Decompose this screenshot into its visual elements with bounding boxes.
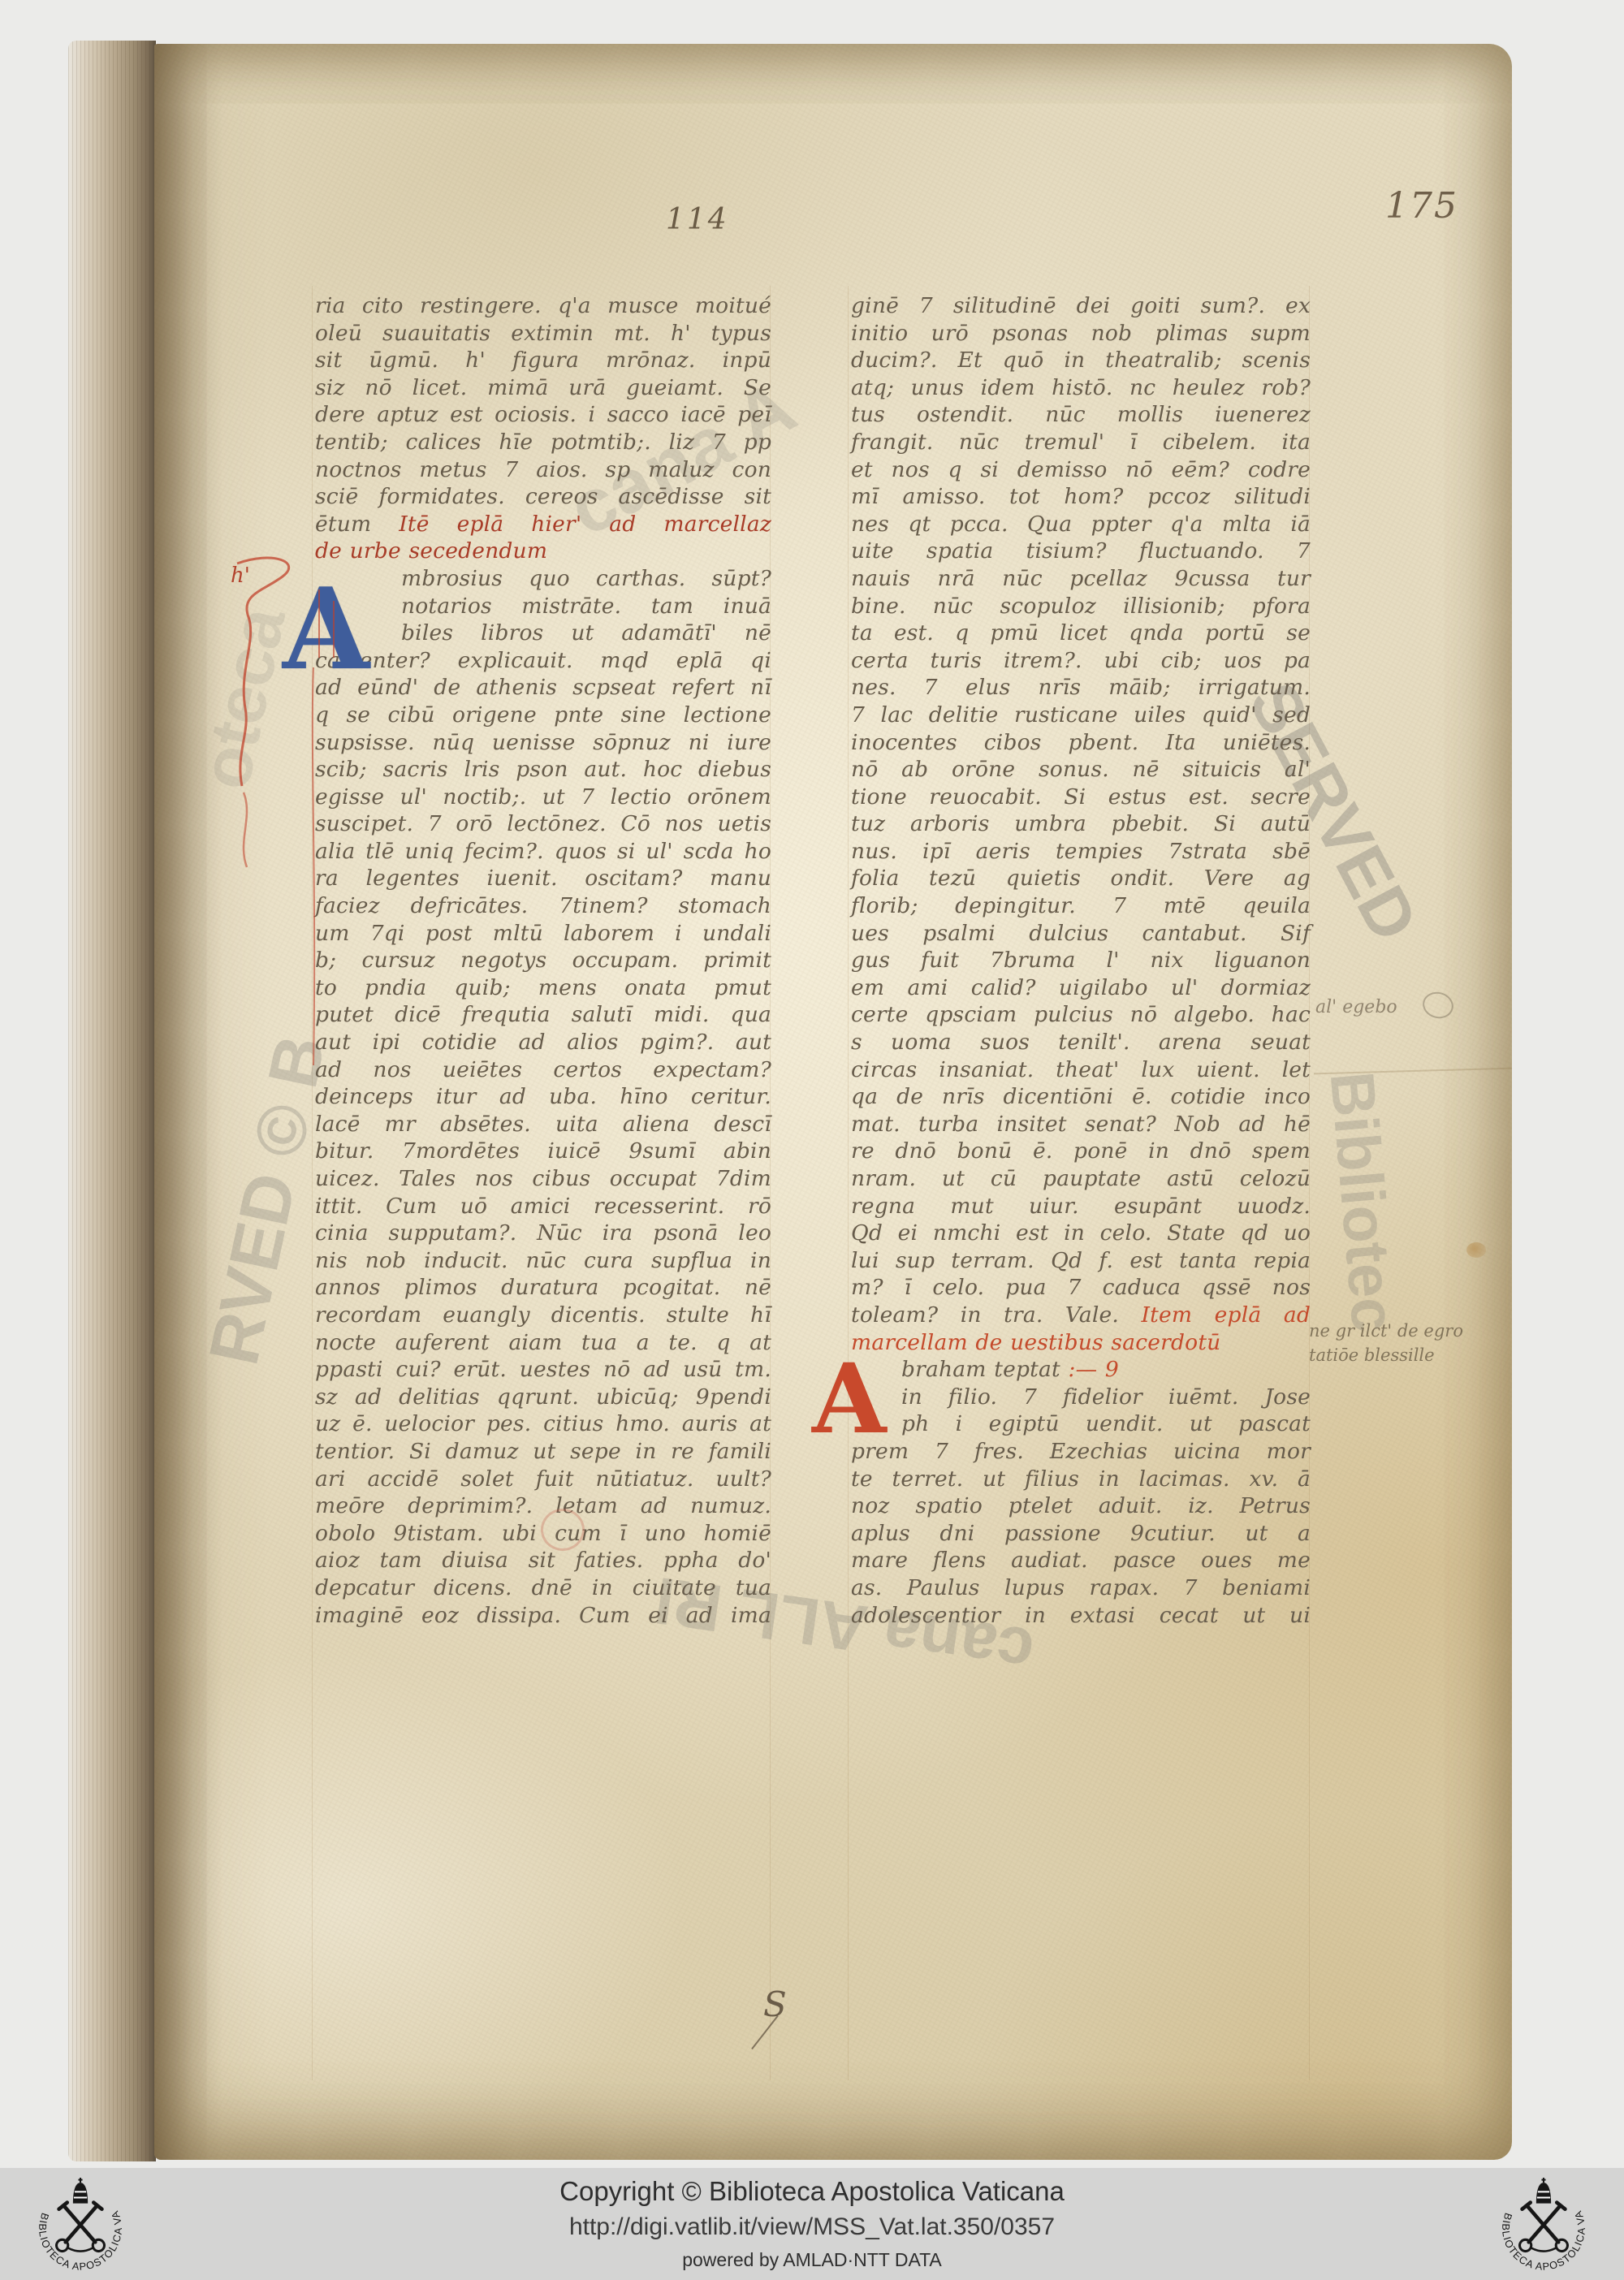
text-segment: ues psalmi dulcius cantabut. Sif bbox=[851, 921, 1311, 946]
text-segment: supsisse. nūq uenisse sōpnuz ni iure bbox=[315, 730, 771, 755]
text-segment: notarios mistrāte. tam inuā bbox=[401, 594, 771, 619]
red-penwork-flourish bbox=[224, 549, 330, 1085]
text-segment: m? ī celo. pua 7 caduca qssē nos bbox=[851, 1275, 1311, 1300]
text-line: bitur. 7mordētes iuicē 9sumī abin bbox=[315, 1138, 771, 1165]
text-line: tus ostendit. nūc mollis iuenerez bbox=[851, 401, 1311, 429]
text-segment: uicez. Tales nos cibus occupat 7dim bbox=[315, 1166, 771, 1191]
text-line: in filio. 7 fidelior iuēmt. Jose bbox=[851, 1384, 1311, 1411]
text-line: ppasti cui? erūt. uestes nō ad usū tm. bbox=[315, 1356, 771, 1384]
text-line: aplus dni passione 9cutiur. ut a bbox=[851, 1520, 1311, 1548]
text-segment: to pndia quib; mens onata pmut bbox=[315, 975, 771, 1000]
parchment-stain bbox=[1466, 1242, 1486, 1258]
text-line: ittit. Cum uō amici recesserint. rō bbox=[315, 1193, 771, 1220]
text-line: biles libros ut adamātī' nē bbox=[315, 620, 771, 647]
text-segment: Qd ei nmchi est in celo. State qd uo bbox=[851, 1220, 1311, 1246]
red-margin-letter: h' bbox=[231, 564, 250, 588]
text-line: egisse ul' noctib;. ut 7 lectio orōnem bbox=[315, 784, 771, 811]
text-line: alia tlē uniq fecim?. quos si ul' scda h… bbox=[315, 838, 771, 866]
margin-gloss-line: tatiōe blessille bbox=[1309, 1343, 1463, 1367]
margin-gloss-egrotatione: ne gr ilct' de egro tatiōe blessille bbox=[1309, 1319, 1463, 1367]
text-segment: braham teptat bbox=[901, 1357, 1068, 1382]
crossed-keys-icon bbox=[59, 2203, 102, 2243]
text-line: em ami calid? uigilabo ul' dormiaz bbox=[851, 974, 1311, 1002]
text-line: tentib; calices hīe potmtib;. liz 7 pp bbox=[315, 429, 771, 456]
text-segment: ginē 7 silitudinē dei goiti sum?. ex bbox=[851, 293, 1311, 318]
text-line: prem 7 fres. Ezechias uicina mor bbox=[851, 1438, 1311, 1466]
text-line: cinia supputam?. Nūc ira psonā leo bbox=[315, 1220, 771, 1247]
margin-gloss-al-egebo: al' egebo bbox=[1315, 997, 1397, 1017]
text-segment: ittit. Cum uō amici recesserint. rō bbox=[315, 1194, 771, 1219]
text-line: to pndia quib; mens onata pmut bbox=[315, 974, 771, 1002]
ruling-line bbox=[848, 286, 849, 2080]
text-segment: folia tezū quietis ondit. Vere ag bbox=[851, 866, 1311, 891]
text-line: ad nos ueiētes certos expectam? bbox=[315, 1056, 771, 1084]
text-line: braham teptat :— 9 bbox=[851, 1356, 1311, 1384]
text-segment: circas insaniat. theat' lux uient. let bbox=[851, 1057, 1311, 1082]
text-segment: deinceps itur ad uba. hīno ceritur. bbox=[315, 1084, 771, 1109]
text-segment: inocentes cibos pbent. Ita uniētes. bbox=[851, 730, 1311, 755]
text-line: ducim?. Et quō in theatralib; scenis bbox=[851, 347, 1311, 374]
text-line: marcellam de uestibus sacerdotū bbox=[851, 1329, 1311, 1357]
text-line: nō ab orōne sonus. nē situicis al' bbox=[851, 756, 1311, 784]
text-segment: recordam euangly dicentis. stulte hī bbox=[315, 1302, 771, 1328]
text-segment: ari accidē solet fuit nūtiatuz. uult? bbox=[315, 1466, 771, 1492]
text-segment: aplus dni passione 9cutiur. ut a bbox=[851, 1521, 1311, 1546]
text-line: uicez. Tales nos cibus occupat 7dim bbox=[315, 1165, 771, 1193]
text-segment: q se cibū origene pnte sine lectione bbox=[315, 702, 771, 728]
text-segment: initio urō psonas nob plimas supm bbox=[851, 321, 1311, 346]
text-line: tentior. Si damuz ut sepe in re famili bbox=[315, 1438, 771, 1466]
text-segment: meōre deprimim?. letam ad numuz. bbox=[315, 1493, 771, 1518]
text-segment: alia tlē uniq fecim?. quos si ul' scda h… bbox=[315, 839, 771, 864]
text-segment: nes qt pcca. Qua ppter q'a mlta iā bbox=[851, 512, 1311, 537]
text-segment: frangit. nūc tremul' ī cibelem. ita bbox=[851, 430, 1311, 455]
text-segment: oleū suauitatis extimin mt. h' typus bbox=[315, 321, 771, 346]
text-line: circas insaniat. theat' lux uient. let bbox=[851, 1056, 1311, 1084]
text-line: supsisse. nūq uenisse sōpnuz ni iure bbox=[315, 729, 771, 757]
text-segment: ad nos ueiētes certos expectam? bbox=[315, 1057, 771, 1082]
text-line: qa de nrīs dicentiōni ē. cotidie inco bbox=[851, 1083, 1311, 1111]
text-line: ph i egiptū uendit. ut pascat bbox=[851, 1410, 1311, 1438]
text-line: nram. ut cū pauptate astū celozū bbox=[851, 1165, 1311, 1193]
text-segment: tentib; calices hīe potmtib;. liz 7 pp bbox=[315, 430, 771, 455]
text-line: aioz tam diuisa sit faties. ppha do' bbox=[315, 1547, 771, 1574]
text-line: tuz arboris umbra pbebit. Si autū bbox=[851, 810, 1311, 838]
vatican-library-logo: BIBLIOTECA APOSTOLICA VATICANA bbox=[31, 2171, 130, 2277]
text-segment: nauis nrā nūc pcellaz 9cussa tur bbox=[851, 566, 1311, 591]
text-line: nes. 7 elus nrīs māib; irrigatum. bbox=[851, 674, 1311, 702]
text-line: atq; unus idem histō. nc heulez rob? bbox=[851, 374, 1311, 402]
text-line: calcenter? explicauit. mqd eplā qi bbox=[315, 647, 771, 675]
footer-band: Copyright © Biblioteca Apostolica Vatica… bbox=[0, 2168, 1624, 2280]
red-initial-A: A bbox=[812, 1351, 887, 1447]
text-line: b; cursuz negotys occupam. primit bbox=[315, 947, 771, 974]
text-segment: siz nō licet. mimā urā gueiamt. Se bbox=[315, 375, 771, 400]
text-line: suscipet. 7 orō lectōnez. Cō nos uetis bbox=[315, 810, 771, 838]
penwork-hatch bbox=[333, 601, 335, 658]
powered-by-text: powered by AMLAD·NTT DATA bbox=[0, 2249, 1624, 2271]
text-line: frangit. nūc tremul' ī cibelem. ita bbox=[851, 429, 1311, 456]
text-line: as. Paulus lupus rapax. 7 beniami bbox=[851, 1574, 1311, 1602]
text-segment: prem 7 fres. Ezechias uicina mor bbox=[851, 1439, 1311, 1464]
text-line: m? ī celo. pua 7 caduca qssē nos bbox=[851, 1274, 1311, 1302]
text-segment: imaginē eoz dissipa. Cum ei ad ima bbox=[315, 1603, 771, 1628]
text-line: ari accidē solet fuit nūtiatuz. uult? bbox=[315, 1466, 771, 1493]
book-page-edges bbox=[68, 41, 156, 2161]
text-segment: tentior. Si damuz ut sepe in re famili bbox=[315, 1439, 771, 1464]
text-segment: depcatur dicens. dnē in ciuitate tua bbox=[315, 1575, 771, 1600]
text-segment: uz ē. uelocior pes. citius hmo. auris at bbox=[315, 1411, 771, 1436]
text-line: florib; depingitur. 7 mtē qeuila bbox=[851, 892, 1311, 920]
text-segment: dere aptuz est ociosis. i sacco iacē peī bbox=[315, 402, 771, 427]
text-line: toleam? in tra. Vale. Item eplā ad bbox=[851, 1302, 1311, 1329]
papal-tiara-icon bbox=[73, 2183, 88, 2203]
text-line: sz ad delitias qqrunt. ubicūq; 9pendi bbox=[315, 1384, 771, 1411]
text-line: faciez defricātes. 7tinem? stomach bbox=[315, 892, 771, 920]
text-segment: atq; unus idem histō. nc heulez rob? bbox=[851, 375, 1311, 400]
text-segment: et nos q si demisso nō eēm? codre bbox=[851, 457, 1311, 482]
text-segment: lui sup terram. Qd f. est tanta repia bbox=[851, 1248, 1311, 1273]
text-segment: s uoma suos tenilt'. arena seuat bbox=[851, 1030, 1311, 1055]
text-segment: mare flens audiat. pasce oues me bbox=[851, 1548, 1311, 1573]
faint-red-circle-mark bbox=[541, 1509, 585, 1551]
rubric-segment: :— 9 bbox=[1068, 1357, 1119, 1382]
text-line: sit ūgmū. h' figura mrōnaz. inpū bbox=[315, 347, 771, 374]
text-segment: ducim?. Et quō in theatralib; scenis bbox=[851, 348, 1311, 373]
text-segment: noz spatio ptelet aduit. iz. Petrus bbox=[851, 1493, 1311, 1518]
text-line: meōre deprimim?. letam ad numuz. bbox=[315, 1492, 771, 1520]
text-segment: re dnō bonū ē. ponē in dnō spem bbox=[851, 1138, 1311, 1164]
text-line: ginē 7 silitudinē dei goiti sum?. ex bbox=[851, 292, 1311, 320]
text-line: tione reuocabit. Si estus est. secre bbox=[851, 784, 1311, 811]
text-segment: tus ostendit. nūc mollis iuenerez bbox=[851, 402, 1311, 427]
text-line: ra legentes iuenit. oscitam? manu bbox=[315, 865, 771, 892]
gutter-shadow bbox=[154, 44, 222, 2160]
text-line: 7 lac delitie rusticane uiles quid' sed bbox=[851, 702, 1311, 729]
text-line: initio urō psonas nob plimas supm bbox=[851, 320, 1311, 348]
text-line: ues psalmi dulcius cantabut. Sif bbox=[851, 920, 1311, 948]
text-line: ria cito restingere. q'a musce moitué bbox=[315, 292, 771, 320]
text-segment: nis nob inducit. nūc cura supflua in bbox=[315, 1248, 771, 1273]
text-segment: ētum bbox=[315, 512, 399, 537]
text-segment: qa de nrīs dicentiōni ē. cotidie inco bbox=[851, 1084, 1311, 1109]
text-line: regna mut uiur. esupānt uuodz. bbox=[851, 1193, 1311, 1220]
text-line: ta est. q pmū licet qnda portū se bbox=[851, 620, 1311, 647]
text-line: Qd ei nmchi est in celo. State qd uo bbox=[851, 1220, 1311, 1247]
text-segment: ta est. q pmū licet qnda portū se bbox=[851, 620, 1311, 646]
text-segment: aioz tam diuisa sit faties. ppha do' bbox=[315, 1548, 771, 1573]
crossed-keys-icon bbox=[1522, 2203, 1566, 2243]
text-line: q se cibū origene pnte sine lectione bbox=[315, 702, 771, 729]
text-line: gus fuit 7bruma l' nix liguanon bbox=[851, 947, 1311, 974]
rubric-segment: de urbe secedendum bbox=[315, 538, 547, 564]
text-segment: as. Paulus lupus rapax. 7 beniami bbox=[851, 1575, 1311, 1600]
text-segment: mat. turba insitet senat? Nob ad hē bbox=[851, 1112, 1311, 1137]
text-segment: regna mut uiur. esupānt uuodz. bbox=[851, 1194, 1311, 1219]
text-line: de urbe secedendum bbox=[315, 538, 771, 565]
text-segment: toleam? in tra. Vale. bbox=[851, 1302, 1141, 1328]
text-line: lui sup terram. Qd f. est tanta repia bbox=[851, 1247, 1311, 1275]
text-segment: biles libros ut adamātī' nē bbox=[401, 620, 771, 646]
text-line: annos plimos duratura pcogitat. nē bbox=[315, 1274, 771, 1302]
text-line: inocentes cibos pbent. Ita uniētes. bbox=[851, 729, 1311, 757]
text-line: nes qt pcca. Qua ppter q'a mlta iā bbox=[851, 511, 1311, 538]
text-segment: gus fuit 7bruma l' nix liguanon bbox=[851, 948, 1311, 973]
rubric-segment: marcellam de uestibus sacerdotū bbox=[851, 1330, 1220, 1355]
text-segment: em ami calid? uigilabo ul' dormiaz bbox=[851, 975, 1311, 1000]
source-url-text: http://digi.vatlib.it/view/MSS_Vat.lat.3… bbox=[0, 2213, 1624, 2241]
text-segment: nes. 7 elus nrīs māib; irrigatum. bbox=[851, 675, 1311, 700]
text-line: imaginē eoz dissipa. Cum ei ad ima bbox=[315, 1602, 771, 1630]
vatican-library-logo: BIBLIOTECA APOSTOLICA VATICANA bbox=[1494, 2171, 1593, 2277]
text-line: certe qpsciam pulcius nō algebo. hac bbox=[851, 1001, 1311, 1029]
text-segment: sciē formidates. cereos ascēdisse sit bbox=[315, 484, 771, 509]
text-segment: annos plimos duratura pcogitat. nē bbox=[315, 1275, 771, 1300]
text-line: mī amisso. tot hom? pccoz silitudi bbox=[851, 483, 1311, 511]
text-segment: calcenter? explicauit. mqd eplā qi bbox=[315, 648, 771, 673]
text-line: certa turis itrem?. ubi cib; uos pa bbox=[851, 647, 1311, 675]
text-segment: tione reuocabit. Si estus est. secre bbox=[851, 784, 1311, 810]
text-segment: nram. ut cū pauptate astū celozū bbox=[851, 1166, 1311, 1191]
text-segment: sit ūgmū. h' figura mrōnaz. inpū bbox=[315, 348, 771, 373]
text-line: noctnos metus 7 aios. sp maluz con bbox=[315, 456, 771, 484]
text-line: aut ipi cotidie ad alios pgim?. aut bbox=[315, 1029, 771, 1056]
text-line: nocte auferent aiam tua a te. q at bbox=[315, 1329, 771, 1357]
text-line: s uoma suos tenilt'. arena seuat bbox=[851, 1029, 1311, 1056]
text-segment: cinia supputam?. Nūc ira psonā leo bbox=[315, 1220, 771, 1246]
text-line: mbrosius quo carthas. sūpt? bbox=[315, 565, 771, 593]
rubric-segment: Item eplā ad bbox=[1141, 1302, 1311, 1328]
text-segment: mbrosius quo carthas. sūpt? bbox=[401, 566, 771, 591]
text-line: recordam euangly dicentis. stulte hī bbox=[315, 1302, 771, 1329]
text-line: bine. nūc scopuloz illisionib; pfora bbox=[851, 593, 1311, 620]
text-segment: bine. nūc scopuloz illisionib; pfora bbox=[851, 594, 1311, 619]
text-segment: ph i egiptū uendit. ut pascat bbox=[901, 1411, 1311, 1436]
text-segment: certe qpsciam pulcius nō algebo. hac bbox=[851, 1002, 1311, 1027]
text-line: ētum Itē eplā hier' ad marcellaz bbox=[315, 511, 771, 538]
copyright-text: Copyright © Biblioteca Apostolica Vatica… bbox=[0, 2176, 1624, 2207]
manuscript-column-right: ginē 7 silitudinē dei goiti sum?. exinit… bbox=[851, 292, 1311, 1629]
folio-number-175: 175 bbox=[1385, 185, 1458, 227]
text-line: sciē formidates. cereos ascēdisse sit bbox=[315, 483, 771, 511]
text-segment: bitur. 7mordētes iuicē 9sumī abin bbox=[315, 1138, 771, 1164]
text-line: folia tezū quietis ondit. Vere ag bbox=[851, 865, 1311, 892]
manuscript-column-left: ria cito restingere. q'a musce moituéole… bbox=[315, 292, 771, 1629]
text-line: scib; sacris lris pson aut. hoc diebus bbox=[315, 756, 771, 784]
text-segment: putet dicē frequtia salutī midi. qua bbox=[315, 1002, 771, 1027]
text-line: uz ē. uelocior pes. citius hmo. auris at bbox=[315, 1410, 771, 1438]
text-line: dere aptuz est ociosis. i sacco iacē peī bbox=[315, 401, 771, 429]
text-segment: certa turis itrem?. ubi cib; uos pa bbox=[851, 648, 1311, 673]
text-line: putet dicē frequtia salutī midi. qua bbox=[315, 1001, 771, 1029]
papal-tiara-icon bbox=[1536, 2183, 1551, 2203]
text-line: depcatur dicens. dnē in ciuitate tua bbox=[315, 1574, 771, 1602]
text-line: noz spatio ptelet aduit. iz. Petrus bbox=[851, 1492, 1311, 1520]
text-line: oleū suauitatis extimin mt. h' typus bbox=[315, 320, 771, 348]
text-line: notarios mistrāte. tam inuā bbox=[315, 593, 771, 620]
text-line: te terret. ut filius in lacimas. xv. ā bbox=[851, 1466, 1311, 1493]
text-line: ad eūnd' de athenis scpseat refert nī bbox=[315, 674, 771, 702]
text-segment: faciez defricātes. 7tinem? stomach bbox=[315, 893, 771, 918]
text-segment: tuz arboris umbra pbebit. Si autū bbox=[851, 811, 1311, 836]
text-segment: in filio. 7 fidelior iuēmt. Jose bbox=[901, 1384, 1311, 1410]
margin-gloss-line: ne gr ilct' de egro bbox=[1309, 1319, 1463, 1343]
text-segment: scib; sacris lris pson aut. hoc diebus bbox=[315, 757, 771, 782]
text-line: nis nob inducit. nūc cura supflua in bbox=[315, 1247, 771, 1275]
text-segment: nō ab orōne sonus. nē situicis al' bbox=[851, 757, 1311, 782]
text-segment: florib; depingitur. 7 mtē qeuila bbox=[851, 893, 1311, 918]
text-line: nus. ipī aeris tempies 7strata sbē bbox=[851, 838, 1311, 866]
text-segment: aut ipi cotidie ad alios pgim?. aut bbox=[315, 1030, 771, 1055]
text-segment: lacē mr absētes. uita aliena descī bbox=[315, 1112, 771, 1137]
text-line: um 7qi post mltū laborem i undali bbox=[315, 920, 771, 948]
text-segment: noctnos metus 7 aios. sp maluz con bbox=[315, 457, 771, 482]
text-line: mare flens audiat. pasce oues me bbox=[851, 1547, 1311, 1574]
text-line: uite spatia tisium? fluctuando. 7 bbox=[851, 538, 1311, 565]
text-segment: mī amisso. tot hom? pccoz silitudi bbox=[851, 484, 1311, 509]
rubric-segment: Itē eplā hier' ad marcellaz bbox=[399, 512, 771, 537]
text-segment: egisse ul' noctib;. ut 7 lectio orōnem bbox=[315, 784, 771, 810]
text-segment: sz ad delitias qqrunt. ubicūq; 9pendi bbox=[315, 1384, 771, 1410]
folio-number-114: 114 bbox=[666, 203, 729, 236]
text-segment: adolescentior in extasi cecat ut ui bbox=[851, 1603, 1311, 1628]
text-segment: uite spatia tisium? fluctuando. 7 bbox=[851, 538, 1311, 564]
text-line: adolescentior in extasi cecat ut ui bbox=[851, 1602, 1311, 1630]
text-line: lacē mr absētes. uita aliena descī bbox=[315, 1111, 771, 1138]
text-segment: nocte auferent aiam tua a te. q at bbox=[315, 1330, 771, 1355]
text-segment: nus. ipī aeris tempies 7strata sbē bbox=[851, 839, 1311, 864]
text-line: nauis nrā nūc pcellaz 9cussa tur bbox=[851, 565, 1311, 593]
text-segment: b; cursuz negotys occupam. primit bbox=[315, 948, 771, 973]
text-segment: ria cito restingere. q'a musce moitué bbox=[315, 293, 771, 318]
text-segment: ad eūnd' de athenis scpseat refert nī bbox=[315, 675, 771, 700]
text-line: siz nō licet. mimā urā gueiamt. Se bbox=[315, 374, 771, 402]
manuscript-scan: 114 175 cana AotecaRVED © BSERVEDBibliot… bbox=[0, 0, 1624, 2280]
text-line: et nos q si demisso nō eēm? codre bbox=[851, 456, 1311, 484]
text-line: mat. turba insitet senat? Nob ad hē bbox=[851, 1111, 1311, 1138]
text-segment: suscipet. 7 orō lectōnez. Cō nos uetis bbox=[315, 811, 771, 836]
text-segment: te terret. ut filius in lacimas. xv. ā bbox=[851, 1466, 1311, 1492]
text-segment: um 7qi post mltū laborem i undali bbox=[315, 921, 771, 946]
text-segment: ra legentes iuenit. oscitam? manu bbox=[315, 866, 771, 891]
text-segment: ppasti cui? erūt. uestes nō ad usū tm. bbox=[315, 1357, 771, 1382]
text-segment: 7 lac delitie rusticane uiles quid' sed bbox=[851, 702, 1311, 728]
text-line: deinceps itur ad uba. hīno ceritur. bbox=[315, 1083, 771, 1111]
text-line: re dnō bonū ē. ponē in dnō spem bbox=[851, 1138, 1311, 1165]
